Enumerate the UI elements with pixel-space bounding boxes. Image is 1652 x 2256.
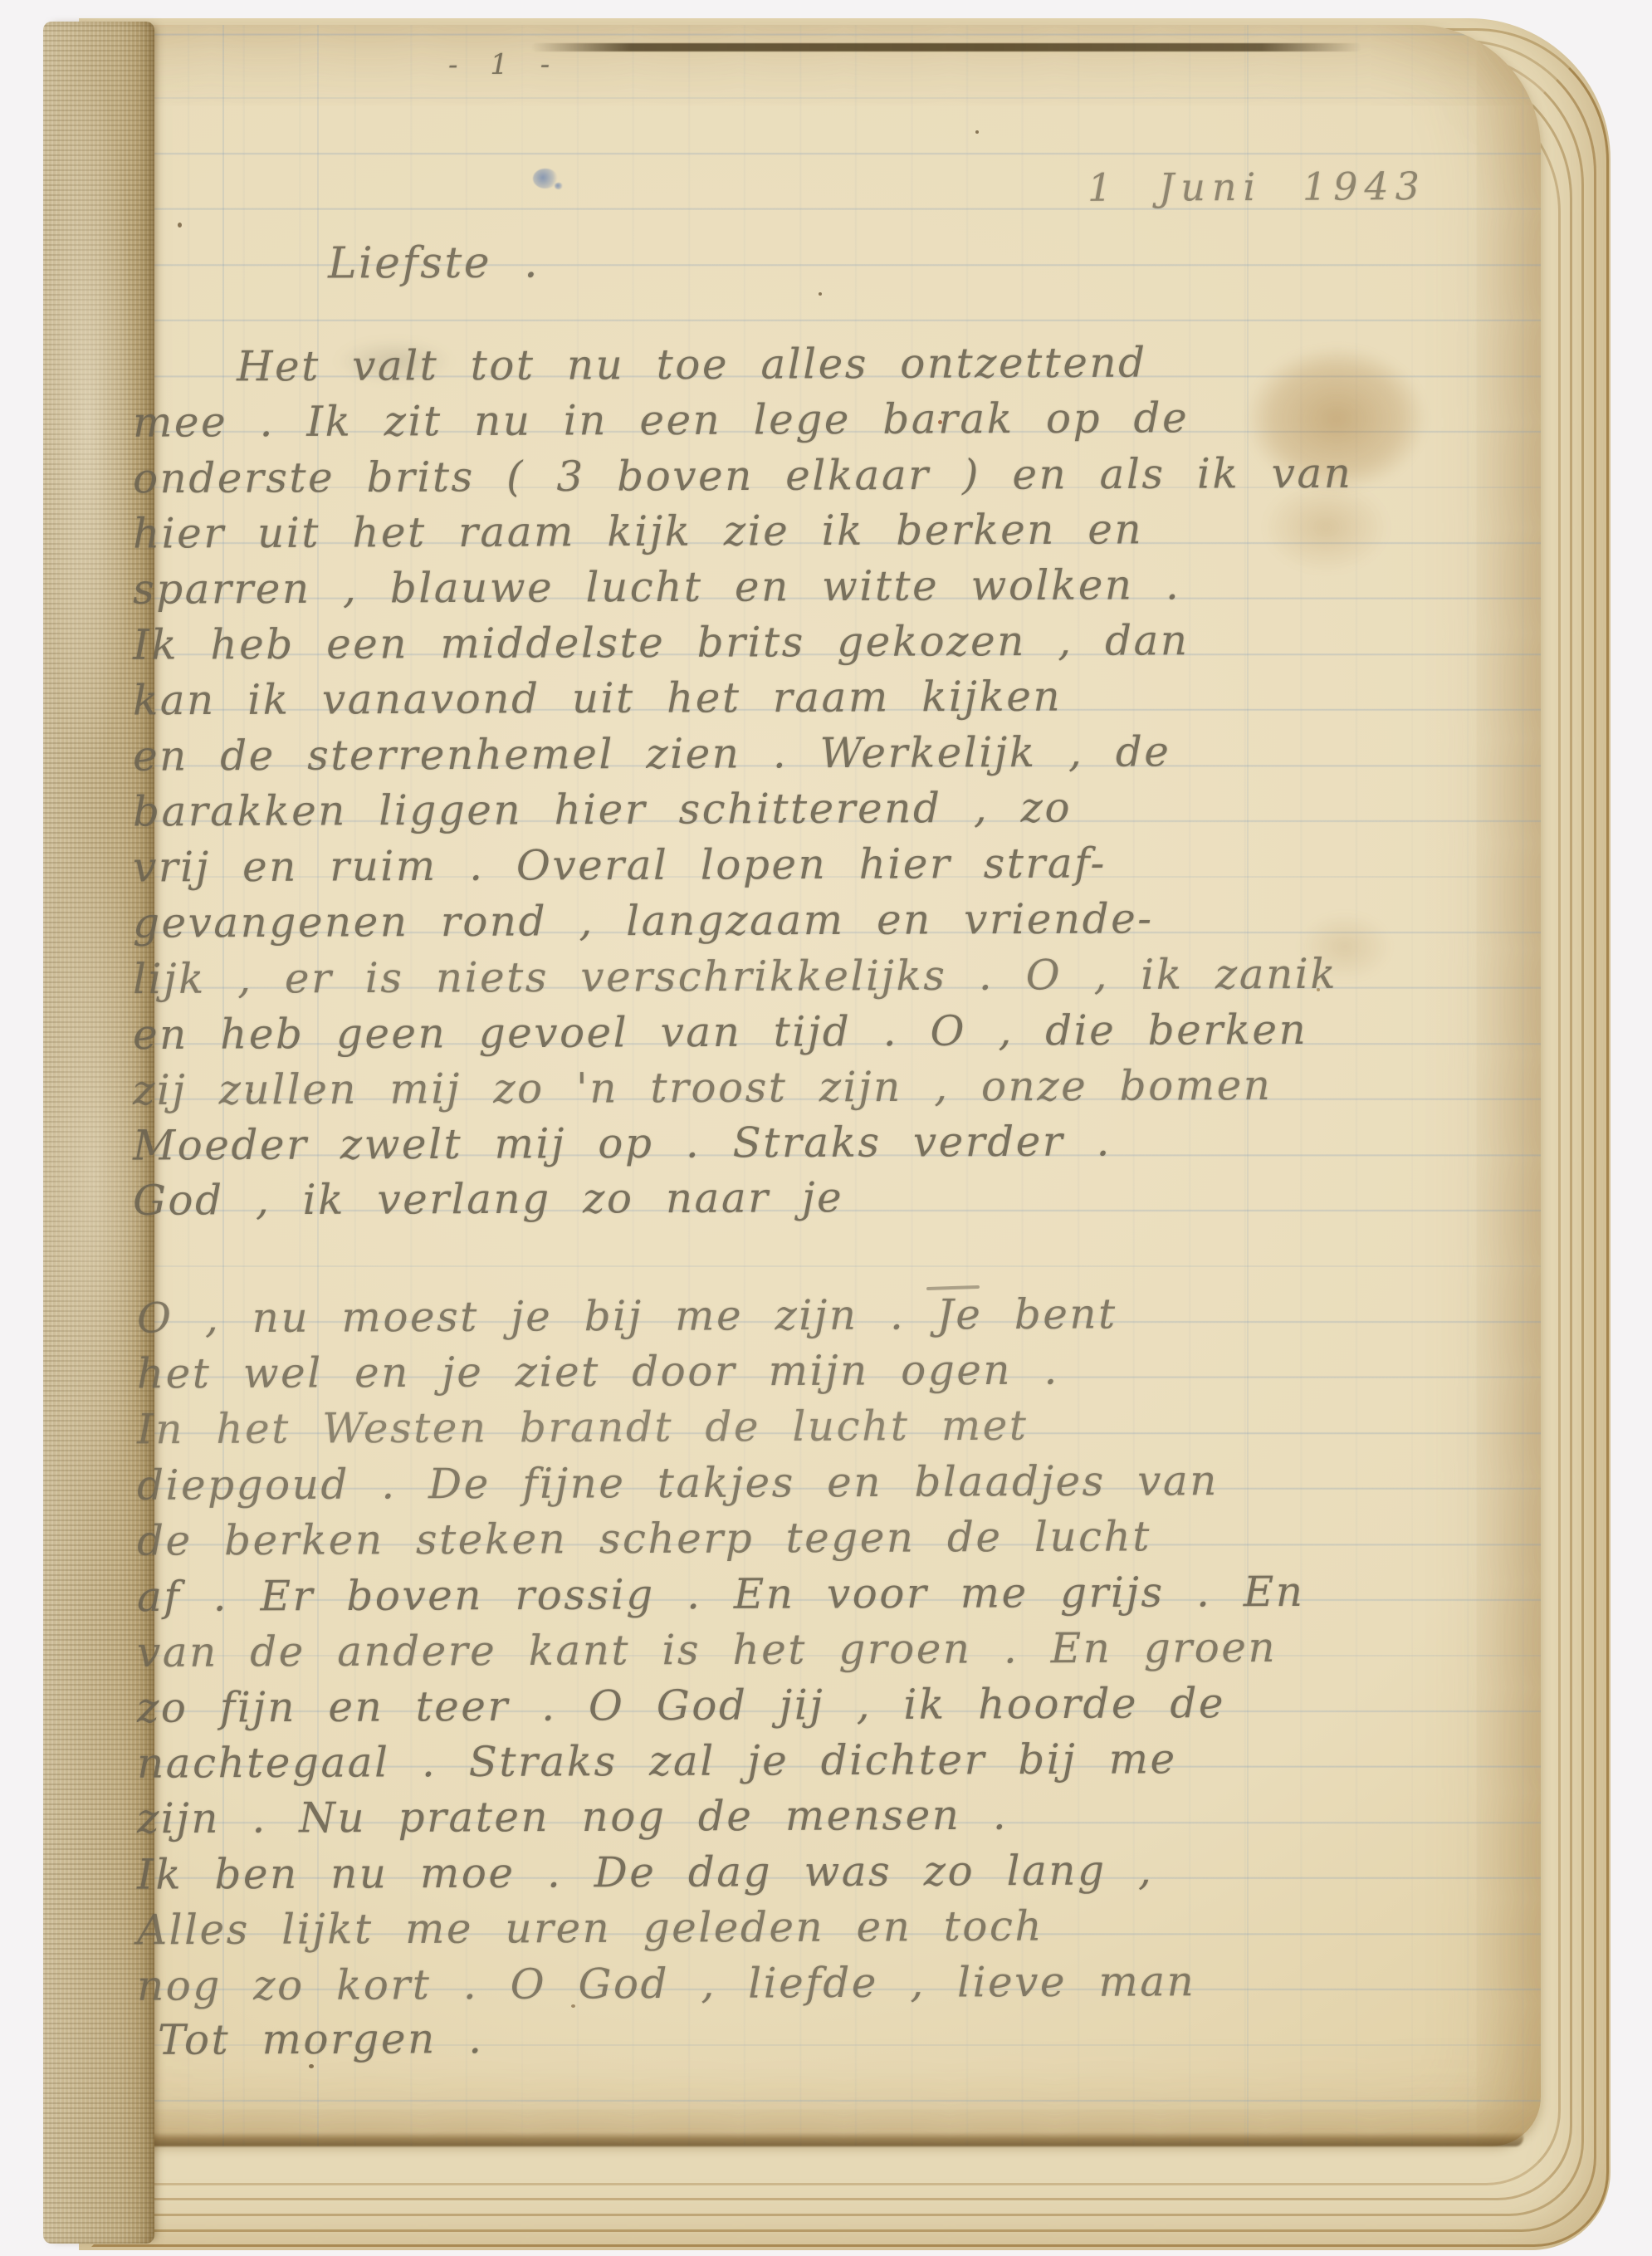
handwritten-line: gevangenen rond , langzaam en vriende- — [133, 894, 1154, 947]
handwritten-line: de berken steken scherp tegen de lucht — [137, 1512, 1151, 1564]
handwritten-line: diepgoud . De fijne takjes en blaadjes v… — [137, 1456, 1219, 1510]
handwritten-line: zo fijn en teer . O God jij , ik hoorde … — [137, 1679, 1225, 1732]
page-number: - 1 - — [448, 48, 553, 82]
handwritten-line: zijn . Nu praten nog de mensen . — [137, 1791, 1008, 1843]
speck — [975, 130, 979, 134]
handwritten-line: Tot morgen . — [158, 2014, 484, 2064]
handwritten-line: lijk , er is niets verschrikkelijks . O … — [133, 950, 1337, 1003]
handwritten-line: Moeder zwelt mij op . Straks verder . — [133, 1117, 1112, 1169]
handwritten-line: kan ik vanavond uit het raam kijken — [133, 673, 1062, 725]
handwritten-line: mee . Ik zit nu in een lege barak op de — [133, 394, 1189, 447]
handwritten-line: Ik ben nu moe . De dag was zo lang , — [137, 1846, 1154, 1898]
handwritten-line: van de andere kant is het groen . En gro… — [137, 1623, 1277, 1676]
handwritten-line: af . Er boven rossig . En voor me grijs … — [137, 1568, 1305, 1621]
speck — [309, 2064, 314, 2068]
ink-spot — [555, 183, 563, 189]
handwritten-line: Alles lijkt me uren geleden en toch — [137, 1902, 1043, 1955]
handwritten-line: Het valt tot nu toe alles ontzettend — [237, 339, 1147, 391]
speck — [819, 292, 822, 296]
handwritten-line: hier uit het raam kijk zie ik berken en — [133, 505, 1143, 557]
date: 1 Juni 1943 — [1087, 164, 1426, 210]
handwritten-line: O , nu moest je bij me zijn . Je bent — [137, 1289, 1117, 1342]
handwritten-line: nog zo kort . O God , liefde , lieve man — [137, 1957, 1196, 2010]
cover-edge-line — [531, 43, 1361, 51]
speck — [178, 223, 182, 228]
page-bottom-edge — [108, 2132, 1523, 2146]
handwritten-line: God , ik verlang zo naar je — [133, 1173, 843, 1225]
handwritten-line: zij zullen mij zo 'n troost zijn , onze … — [133, 1061, 1273, 1114]
handwritten-line: Ik heb een middelste brits gekozen , dan — [133, 616, 1190, 669]
handwritten-line: sparren , blauwe lucht en witte wolken . — [133, 560, 1181, 614]
handwritten-line: het wel en je ziet door mijn ogen . — [137, 1346, 1059, 1398]
salutation: Liefste . — [328, 237, 540, 288]
handwritten-line: vrij en ruim . Overal lopen hier straf- — [133, 839, 1107, 891]
handwritten-line: en de sterrenhemel zien . Werkelijk , de — [133, 727, 1171, 780]
handwritten-line: barakken liggen hier schitterend , zo — [133, 784, 1072, 836]
handwritten-line: nachtegaal . Straks zal je dichter bij m… — [137, 1735, 1177, 1787]
handwritten-line: onderste brits ( 3 boven elkaar ) en als… — [133, 449, 1353, 502]
scanned-diary-page: - 1 - 1 Juni 1943 Liefste . Het valt tot… — [0, 0, 1652, 2256]
handwritten-line: en heb geen gevoel van tijd . O , die be… — [133, 1006, 1307, 1059]
handwritten-line: In het Westen brandt de lucht met — [137, 1402, 1029, 1454]
